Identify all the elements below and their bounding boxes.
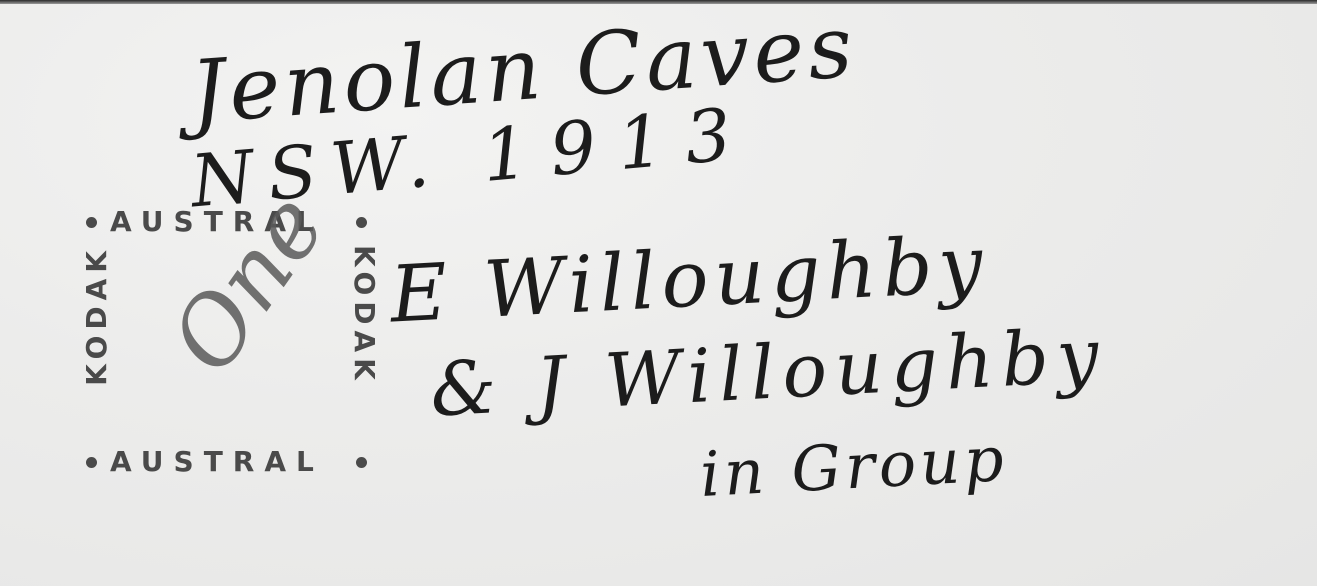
stamp-right-text: KODAK [348,245,381,386]
stamp-bottom-label: AUSTRAL [110,445,324,478]
stamp-dot [356,457,367,468]
stamp-dot [86,457,97,468]
stamp-dot [356,217,367,228]
stamp-dot [86,217,97,228]
stamp-left-text: KODAK [80,245,113,386]
scan-top-edge [0,0,1317,4]
